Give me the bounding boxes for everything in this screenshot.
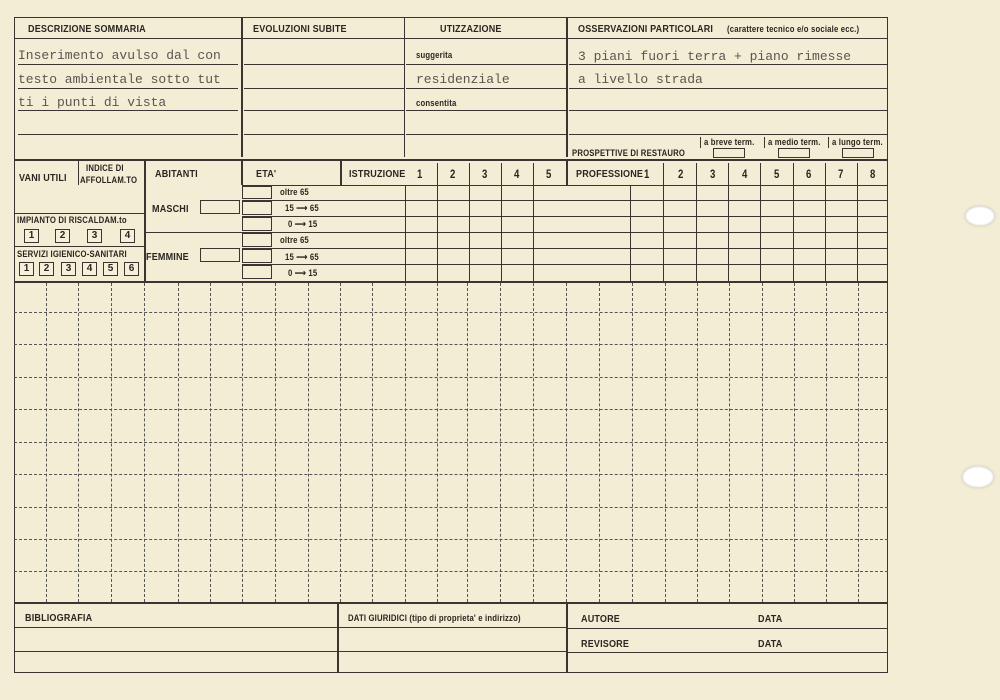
istruzione-5: 5 [546, 167, 551, 181]
professione-3: 3 [710, 167, 715, 181]
eta-box-3[interactable] [242, 217, 272, 231]
prospettiva-medio-label: a medio term. [768, 137, 821, 147]
descrizione-header: DESCRIZIONE SOMMARIA [28, 23, 146, 35]
professione-5: 5 [774, 167, 779, 181]
autore-label: AUTORE [581, 613, 620, 625]
punch-hole-bottom [962, 466, 994, 488]
evoluzioni-header: EVOLUZIONI SUBITE [253, 23, 347, 35]
servizi-option-3[interactable]: 3 [61, 262, 76, 276]
eta-label: ETA' [256, 168, 276, 180]
prospettiva-medio-checkbox[interactable] [778, 148, 810, 158]
descrizione-line-1: Inserimento avulso dal con [18, 48, 221, 63]
istruzione-label: ISTRUZIONE [349, 168, 405, 180]
femmine-label: FEMMINE [146, 251, 189, 263]
servizi-option-2[interactable]: 2 [39, 262, 54, 276]
eta-box-5[interactable] [242, 249, 272, 263]
prospettive-label: PROSPETTIVE DI RESTAURO [572, 148, 685, 158]
professione-4: 4 [742, 167, 747, 181]
professione-6: 6 [806, 167, 811, 181]
consentita-label: consentita [416, 98, 456, 108]
dati-giuridici-label: DATI GIURIDICI (tipo di proprieta' e ind… [348, 613, 521, 623]
istruzione-2: 2 [450, 167, 455, 181]
osservazioni-header: OSSERVAZIONI PARTICOLARI [578, 23, 713, 35]
descrizione-line-2: testo ambientale sotto tut [18, 72, 221, 87]
suggerita-value: residenziale [416, 72, 510, 87]
abitanti-label: ABITANTI [155, 168, 198, 180]
professione-7: 7 [838, 167, 843, 181]
punch-hole-top [965, 206, 995, 226]
servizi-option-1[interactable]: 1 [19, 262, 34, 276]
riscaldamento-option-4[interactable]: 4 [120, 229, 135, 243]
osservazioni-line-2: a livello strada [578, 72, 703, 87]
prospettiva-lungo-label: a lungo term. [832, 137, 883, 147]
osservazioni-line-1: 3 piani fuori terra + piano rimesse [578, 49, 851, 64]
riscaldamento-option-3[interactable]: 3 [87, 229, 102, 243]
suggerita-label: suggerita [416, 50, 452, 60]
riscaldamento-label: IMPIANTO DI RISCALDAM.to [17, 215, 127, 225]
osservazioni-header-note: (carattere tecnico e/o sociale ecc.) [727, 24, 859, 34]
istruzione-3: 3 [482, 167, 487, 181]
eta-box-2[interactable] [242, 201, 272, 215]
indice-label-2: AFFOLLAM.TO [80, 175, 137, 185]
revisore-data-label: DATA [758, 638, 782, 650]
eta-row-3: 0 ⟶ 15 [288, 219, 317, 230]
eta-box-6[interactable] [242, 265, 272, 279]
riscaldamento-option-1[interactable]: 1 [24, 229, 39, 243]
servizi-option-4[interactable]: 4 [82, 262, 97, 276]
form-frame [14, 17, 888, 673]
revisore-label: REVISORE [581, 638, 629, 650]
eta-row-4: oltre 65 [280, 235, 309, 245]
vani-utili-label: VANI UTILI [19, 172, 67, 184]
prospettiva-breve-label: a breve term. [704, 137, 754, 147]
professione-8: 8 [870, 167, 875, 181]
bibliografia-label: BIBLIOGRAFIA [25, 612, 92, 624]
istruzione-4: 4 [514, 167, 519, 181]
maschi-total-field[interactable] [200, 200, 240, 214]
professione-2: 2 [678, 167, 683, 181]
servizi-option-6[interactable]: 6 [124, 262, 139, 276]
prospettiva-breve-checkbox[interactable] [713, 148, 745, 158]
indice-label-1: INDICE DI [86, 163, 124, 173]
servizi-option-5[interactable]: 5 [103, 262, 118, 276]
prospettiva-lungo-checkbox[interactable] [842, 148, 874, 158]
utilizzazione-header: UTIZZAZIONE [440, 23, 502, 35]
eta-box-1[interactable] [242, 186, 272, 199]
eta-row-1: oltre 65 [280, 187, 309, 197]
eta-row-6: 0 ⟶ 15 [288, 268, 317, 279]
eta-row-5: 15 ⟶ 65 [285, 252, 319, 263]
riscaldamento-option-2[interactable]: 2 [55, 229, 70, 243]
femmine-total-field[interactable] [200, 248, 240, 262]
istruzione-1: 1 [417, 167, 422, 181]
servizi-label: SERVIZI IGIENICO-SANITARI [17, 249, 127, 259]
eta-row-2: 15 ⟶ 65 [285, 203, 319, 214]
autore-data-label: DATA [758, 613, 782, 625]
maschi-label: MASCHI [152, 203, 189, 215]
professione-1: 1 [644, 167, 649, 181]
professione-label: PROFESSIONE [576, 168, 643, 180]
descrizione-line-3: ti i punti di vista [18, 95, 166, 110]
eta-box-4[interactable] [242, 233, 272, 247]
